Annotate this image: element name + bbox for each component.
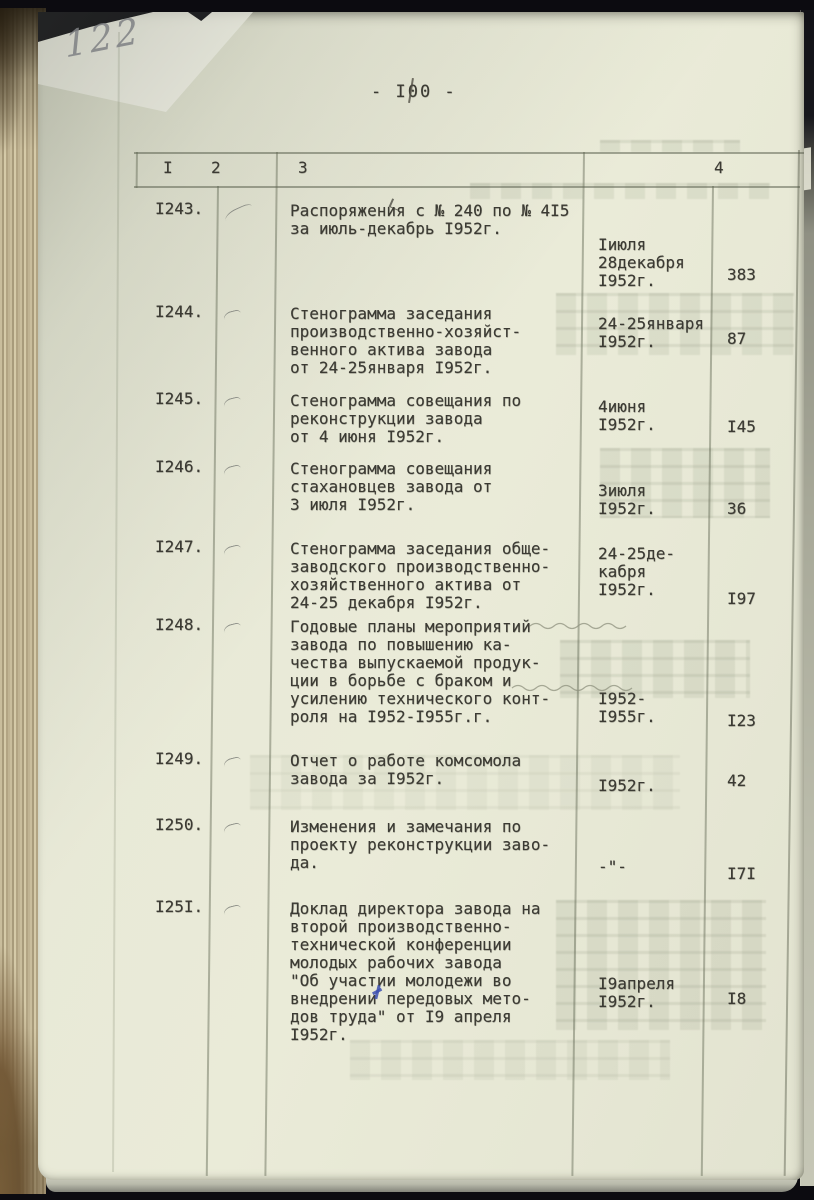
column-header-4: 4 — [714, 158, 724, 177]
row-dates: 3июляI952г. — [598, 482, 733, 518]
row-number: I243. — [155, 200, 203, 218]
column-header-3: 3 — [298, 158, 308, 177]
row-number: I245. — [155, 390, 203, 408]
row-number: I248. — [155, 616, 203, 634]
row-number: I244. — [155, 303, 203, 321]
pencil-check-mark — [222, 396, 241, 407]
row-title: Отчет о работе комсомолазавода за I952г. — [290, 752, 600, 788]
row-title: Стенограмма заседания обще-заводского пр… — [290, 540, 600, 612]
row-pages-count: 87 — [727, 330, 746, 348]
row-dates: -"- — [598, 858, 733, 876]
row-title: Стенограмма совещания пореконструкции за… — [290, 392, 600, 446]
row-pages-count: 42 — [727, 772, 746, 790]
table-vertical-rule — [136, 152, 138, 188]
pencil-check-mark — [222, 622, 241, 633]
row-number: I247. — [155, 538, 203, 556]
row-title: Изменения и замечания попроекту реконстр… — [290, 818, 600, 872]
row-title: Стенограмма заседанияпроизводственно-хоз… — [290, 305, 600, 377]
row-title: Доклад директора завода навторой произво… — [290, 900, 600, 1044]
pencil-check-mark — [222, 756, 241, 767]
pencil-check-mark — [223, 202, 253, 221]
row-dates: 24-25де-кабряI952г. — [598, 545, 733, 599]
table-header-rule — [134, 186, 800, 188]
row-number: I249. — [155, 750, 203, 768]
row-dates: 24-25январяI952г. — [598, 315, 733, 351]
row-pages-count: I23 — [727, 712, 756, 730]
row-dates: I952г. — [598, 777, 733, 795]
paper-fold-line — [112, 32, 120, 1172]
row-number: I25I. — [155, 898, 203, 916]
row-pages-count: 36 — [727, 500, 746, 518]
row-pages-count: I7I — [727, 865, 756, 883]
row-pages-count: I45 — [727, 418, 756, 436]
row-dates: 4июняI952г. — [598, 398, 733, 434]
row-title: Стенограмма совещаниястахановцев завода … — [290, 460, 600, 514]
row-dates: Iиюля28декабряI952г. — [598, 236, 733, 290]
column-header-1: I — [163, 158, 173, 177]
row-pages-count: I8 — [727, 990, 746, 1008]
row-dates: I9апреляI952г. — [598, 975, 733, 1011]
row-title: Распоряжения с № 240 по № 4I5за июль-дек… — [290, 202, 600, 238]
scanned-archival-page: 122 - I00 - I 2 3 4 I243.Распоряжения с … — [0, 0, 814, 1200]
blue-ink-correction — [371, 984, 383, 1000]
row-number: I246. — [155, 458, 203, 476]
row-title: Годовые планы мероприятийзавода по повыш… — [290, 618, 600, 726]
pencil-check-mark — [222, 309, 241, 320]
bleed-through-text — [600, 140, 740, 152]
row-pages-count: 383 — [727, 266, 756, 284]
pencil-squiggle — [528, 620, 628, 632]
table-top-rule — [134, 152, 804, 154]
row-number: I250. — [155, 816, 203, 834]
pencil-check-mark — [222, 904, 241, 915]
page-number-heading: - I00 - — [371, 82, 457, 102]
column-header-2: 2 — [211, 158, 221, 177]
pencil-squiggle — [510, 682, 640, 694]
pencil-check-mark — [222, 464, 241, 475]
pencil-check-mark — [222, 544, 241, 555]
row-pages-count: I97 — [727, 590, 756, 608]
pencil-check-mark — [222, 822, 241, 833]
table-body: I243.Распоряжения с № 240 по № 4I5за июл… — [155, 200, 814, 1080]
document-page: 122 - I00 - I 2 3 4 I243.Распоряжения с … — [38, 12, 804, 1180]
row-dates: I952-I955г. — [598, 690, 733, 726]
